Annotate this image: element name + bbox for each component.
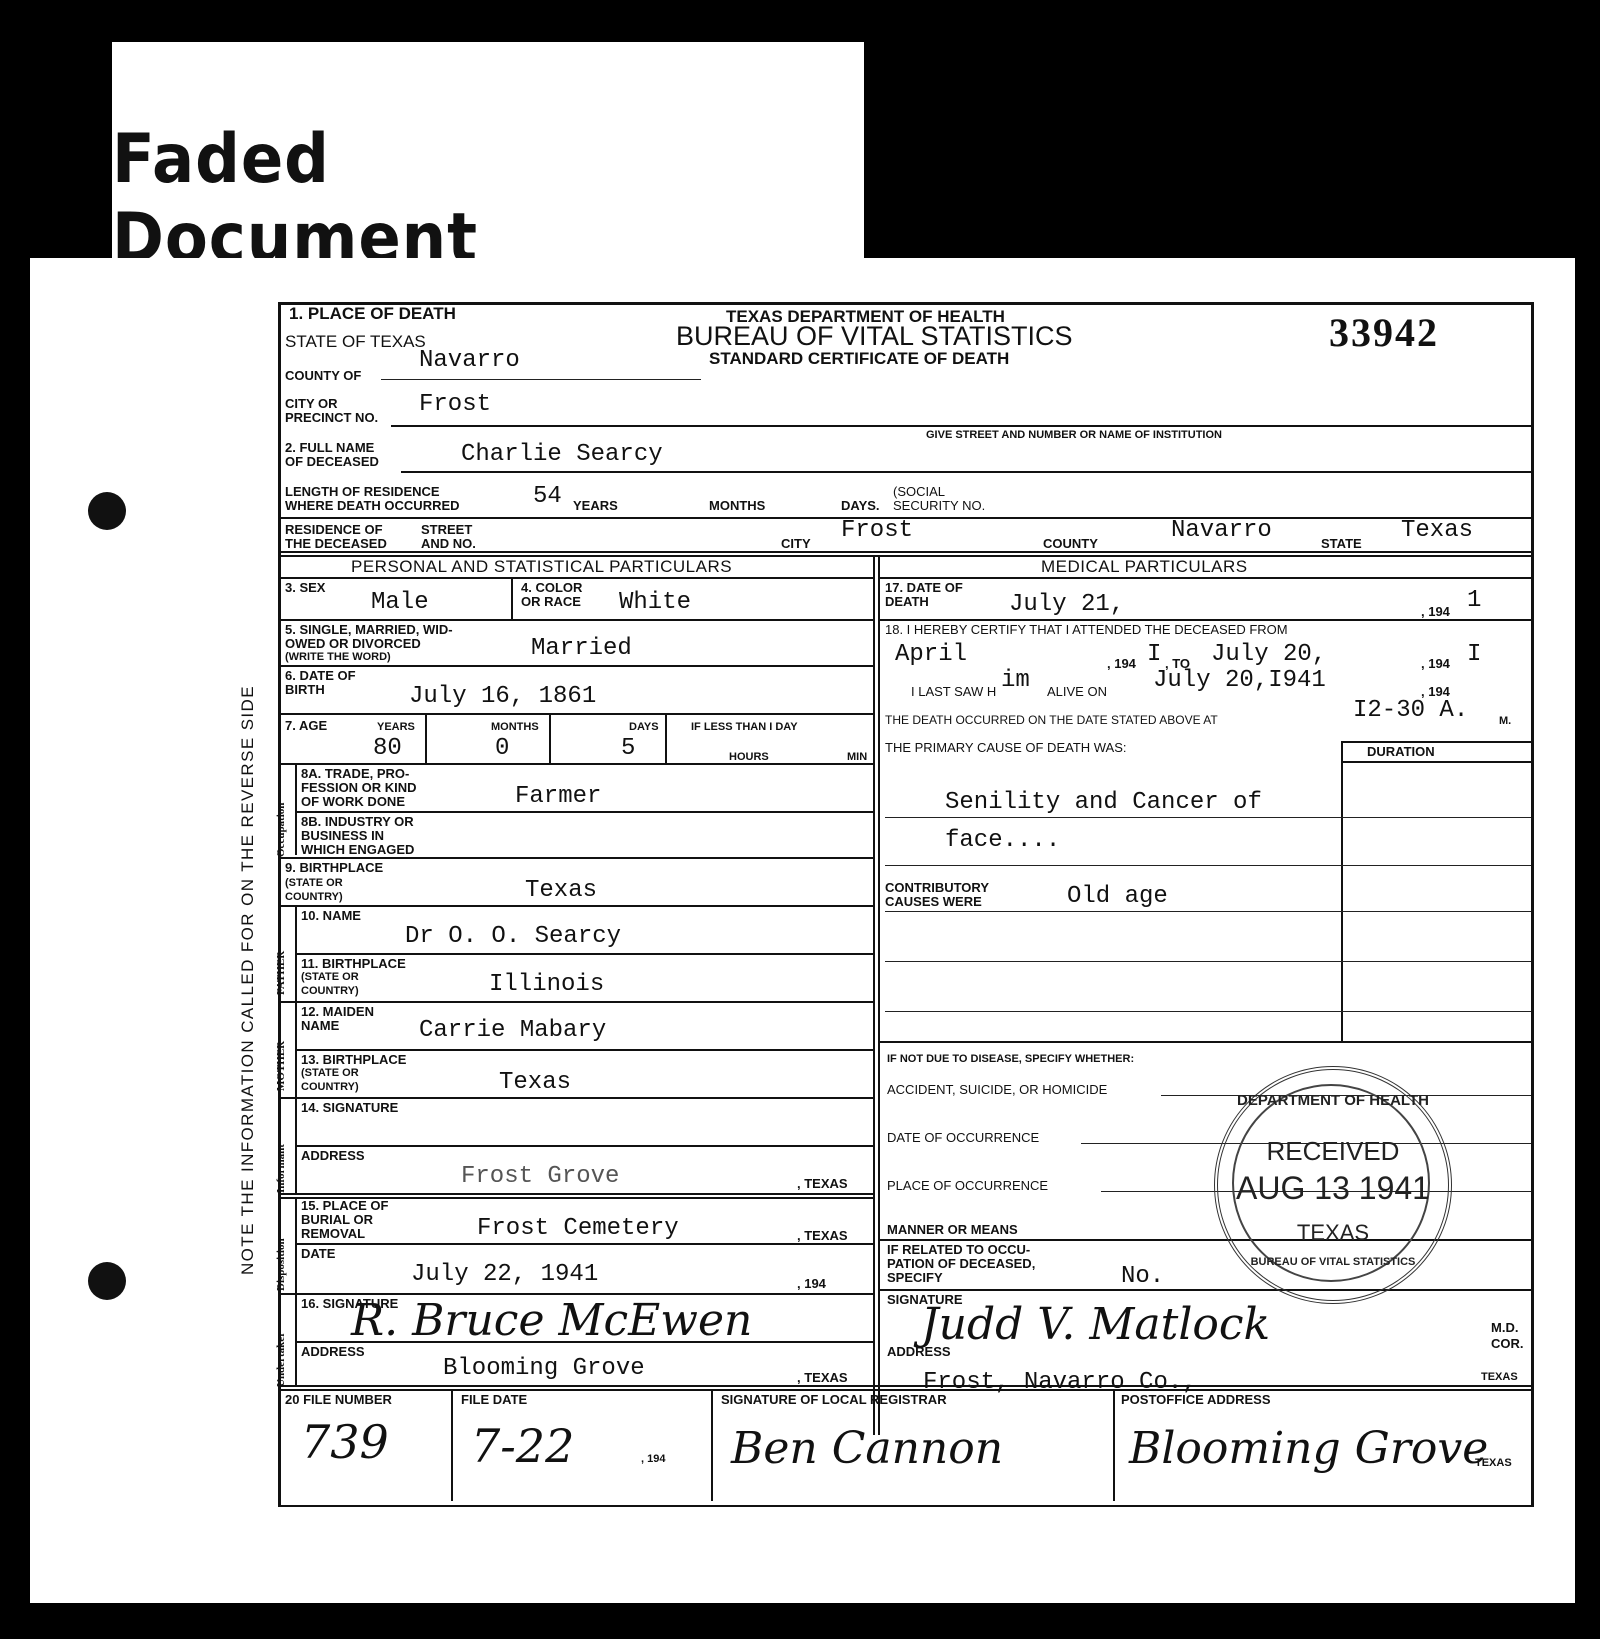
time-suffix: M.	[1499, 715, 1511, 727]
marital-label-3: (WRITE THE WORD)	[285, 651, 391, 663]
certificate-number: 33942	[1329, 309, 1439, 356]
file-number-label: 20 FILE NUMBER	[285, 1393, 392, 1407]
burial-label-2: BURIAL OR	[301, 1213, 373, 1227]
father-bp-label-1: 11. BIRTHPLACE	[301, 957, 406, 971]
stamp-top-arc: DEPARTMENT OF HEALTH	[1218, 1092, 1448, 1109]
to-year-prefix: , 194	[1421, 657, 1450, 671]
res-state-label: STATE	[1321, 537, 1362, 551]
file-date-label: FILE DATE	[461, 1393, 527, 1407]
race-label-1: 4. COLOR	[521, 581, 582, 595]
undertaker-address: Blooming Grove	[443, 1355, 645, 1382]
father-bp-label-3: COUNTRY)	[301, 985, 359, 997]
undertaker-address-label: ADDRESS	[301, 1345, 365, 1359]
certify-label: 18. I HEREBY CERTIFY THAT I ATTENDED THE…	[885, 623, 1288, 637]
dob-label-1: 6. DATE OF	[285, 669, 356, 683]
state-label: STATE OF TEXAS	[285, 333, 426, 351]
min-label: MIN	[847, 751, 867, 763]
dod-label-2: DEATH	[885, 595, 929, 609]
marital-value: Married	[531, 635, 632, 662]
received-stamp: DEPARTMENT OF HEALTH RECEIVED AUG 13 194…	[1214, 1066, 1452, 1304]
bureau-name: BUREAU OF VITAL STATISTICS	[676, 321, 1073, 352]
street-label-2: AND NO.	[421, 537, 476, 551]
res-county-value: Navarro	[1171, 517, 1272, 544]
res-state-value: Texas	[1401, 517, 1473, 544]
death-certificate-form: 1. PLACE OF DEATH STATE OF TEXAS TEXAS D…	[278, 302, 1534, 1507]
file-year-prefix: , 194	[641, 1453, 665, 1465]
file-date: 7-22	[471, 1419, 574, 1473]
personal-section-title: PERSONAL AND STATISTICAL PARTICULARS	[351, 557, 732, 577]
age-days-label: DAYS	[629, 721, 659, 733]
mother-maiden-name: Carrie Mabary	[419, 1017, 606, 1044]
from-year-prefix: , 194	[1107, 657, 1136, 671]
institution-hint: GIVE STREET AND NUMBER OR NAME OF INSTIT…	[926, 429, 1222, 441]
stamp-received: RECEIVED	[1218, 1136, 1448, 1167]
dob-value: July 16, 1861	[409, 683, 596, 710]
burial-label-3: REMOVAL	[301, 1227, 365, 1241]
residence-of-label-1: RESIDENCE OF	[285, 523, 383, 537]
years-label: YEARS	[573, 499, 618, 513]
registrar-signature: Ben Cannon	[731, 1423, 1003, 1474]
alive-on-label: ALIVE ON	[1047, 685, 1107, 699]
undertaker-side-label: Undertaker	[275, 1332, 287, 1387]
age-days: 5	[621, 735, 635, 762]
full-name-label-1: 2. FULL NAME	[285, 441, 374, 455]
not-disease-label: IF NOT DUE TO DISEASE, SPECIFY WHETHER:	[887, 1053, 1134, 1065]
age-years: 80	[373, 735, 402, 762]
faded-document-banner: Faded Document	[112, 120, 664, 278]
marital-label-1: 5. SINGLE, MARRIED, WID-	[285, 623, 453, 637]
full-name-label-2: OF DECEASED	[285, 455, 379, 469]
md-label: M.D.	[1491, 1321, 1518, 1335]
residence-of-label-2: THE DECEASED	[285, 537, 387, 551]
last-saw-pronoun: im	[1001, 667, 1030, 694]
residence-years: 54	[533, 483, 562, 510]
father-name-label: 10. NAME	[301, 909, 361, 923]
from-year-suffix: I	[1147, 641, 1161, 668]
manner-label: MANNER OR MEANS	[887, 1223, 1018, 1237]
birthplace-label-1: 9. BIRTHPLACE	[285, 861, 383, 875]
time-label: THE DEATH OCCURRED ON THE DATE STATED AB…	[885, 713, 1218, 727]
county-label: COUNTY OF	[285, 369, 361, 383]
birthplace-label-2: (STATE OR	[285, 877, 343, 889]
date-of-death: July 21,	[1009, 591, 1124, 618]
form-title: STANDARD CERTIFICATE OF DEATH	[709, 349, 1009, 369]
city-value: Frost	[419, 391, 491, 418]
hours-label: HOURS	[729, 751, 769, 763]
father-birthplace: Illinois	[489, 971, 604, 998]
mother-birthplace: Texas	[499, 1069, 571, 1096]
accident-label: ACCIDENT, SUICIDE, OR HOMICIDE	[887, 1083, 1107, 1097]
mother-bp-label-3: COUNTRY)	[301, 1081, 359, 1093]
stamp-state: TEXAS	[1218, 1220, 1448, 1246]
residence-length-label-1: LENGTH OF RESIDENCE	[285, 485, 440, 499]
birthplace-value: Texas	[525, 877, 597, 904]
place-of-death-label: 1. PLACE OF DEATH	[289, 305, 456, 323]
last-seen-alive: July 20,I941	[1153, 667, 1326, 694]
stamp-date: AUG 13 1941	[1218, 1170, 1448, 1207]
dob-label-2: BIRTH	[285, 683, 325, 697]
postoffice-address: Blooming Grove	[1129, 1423, 1488, 1474]
postoffice-texas: TEXAS	[1475, 1457, 1512, 1469]
race-value: White	[619, 589, 691, 616]
attended-to: July 20,	[1211, 641, 1326, 668]
registrar-label: SIGNATURE OF LOCAL REGISTRAR	[721, 1393, 947, 1407]
primary-cause-label: THE PRIMARY CAUSE OF DEATH WAS:	[885, 741, 1127, 755]
burial-date-label: DATE	[301, 1247, 335, 1261]
contrib-label-2: CAUSES WERE	[885, 895, 982, 909]
age-label: 7. AGE	[285, 719, 327, 733]
physician-texas: TEXAS	[1481, 1371, 1518, 1383]
industry-label-1: 8B. INDUSTRY OR	[301, 815, 414, 829]
time-of-death: I2-30 A.	[1353, 697, 1468, 724]
physician-address-label: ADDRESS	[887, 1345, 951, 1359]
date-occurrence-label: DATE OF OCCURRENCE	[887, 1131, 1039, 1145]
sex-label: 3. SEX	[285, 581, 325, 595]
city-label-2: PRECINCT NO.	[285, 411, 378, 425]
industry-label-2: BUSINESS IN	[301, 829, 384, 843]
primary-cause-line1: Senility and Cancer of	[945, 789, 1262, 816]
city-label-1: CITY OR	[285, 397, 338, 411]
punch-hole	[88, 1262, 126, 1300]
contrib-label-1: CONTRIBUTORY	[885, 881, 989, 895]
file-number: 739	[301, 1415, 389, 1469]
disposition-side-label: Disposition	[275, 1238, 287, 1291]
age-years-label: YEARS	[377, 721, 415, 733]
medical-section-title: MEDICAL PARTICULARS	[1041, 557, 1248, 577]
father-name: Dr O. O. Searcy	[405, 923, 621, 950]
mother-name-label-2: NAME	[301, 1019, 339, 1033]
res-city-label: CITY	[781, 537, 811, 551]
ssn-label-2: SECURITY NO.	[893, 499, 985, 513]
trade-label-3: OF WORK DONE	[301, 795, 405, 809]
res-city-value: Frost	[841, 517, 913, 544]
physician-signature: Judd V. Matlock	[921, 1299, 1270, 1350]
mother-bp-label-1: 13. BIRTHPLACE	[301, 1053, 406, 1067]
sex-value: Male	[371, 589, 429, 616]
mother-name-label-1: 12. MAIDEN	[301, 1005, 374, 1019]
undertaker-texas: , TEXAS	[797, 1371, 848, 1385]
stamp-bottom-arc: BUREAU OF VITAL STATISTICS	[1218, 1256, 1448, 1268]
marital-label-2: OWED OR DIVORCED	[285, 637, 421, 651]
dod-year-suffix: 1	[1467, 587, 1481, 614]
race-label-2: OR RACE	[521, 595, 581, 609]
last-saw-label: I LAST SAW H	[911, 685, 996, 699]
dod-label-1: 17. DATE OF	[885, 581, 963, 595]
deceased-full-name: Charlie Searcy	[461, 441, 663, 468]
punch-hole	[88, 492, 126, 530]
trade-label-1: 8A. TRADE, PRO-	[301, 767, 409, 781]
trade-label-2: FESSION OR KIND	[301, 781, 417, 795]
postoffice-label: POSTOFFICE ADDRESS	[1121, 1393, 1271, 1407]
industry-label-3: WHICH ENGAGED	[301, 843, 414, 857]
informant-texas: , TEXAS	[797, 1177, 848, 1191]
primary-cause-line2: face....	[945, 827, 1060, 854]
informant-address-label: ADDRESS	[301, 1149, 365, 1163]
duration-label: DURATION	[1367, 745, 1435, 759]
days-label: DAYS.	[841, 499, 880, 513]
trade-value: Farmer	[515, 783, 601, 810]
attended-from: April	[895, 641, 967, 668]
reverse-side-note: NOTE THE INFORMATION CALLED FOR ON THE R…	[238, 685, 258, 1275]
occ-related-label-2: PATION OF DECEASED,	[887, 1257, 1035, 1271]
father-side-label: FATHER	[275, 951, 287, 995]
to-year-suffix: I	[1467, 641, 1481, 668]
cor-label: COR.	[1491, 1337, 1524, 1351]
burial-year-prefix: , 194	[797, 1277, 826, 1291]
birthplace-label-3: COUNTRY)	[285, 891, 343, 903]
informant-side-label: Informant	[275, 1144, 287, 1193]
father-bp-label-2: (STATE OR	[301, 971, 359, 983]
ssn-label-1: (SOCIAL	[893, 485, 945, 499]
occupation-side-label: Occupation	[275, 803, 287, 857]
burial-date: July 22, 1941	[411, 1261, 598, 1288]
age-months: 0	[495, 735, 509, 762]
county-value: Navarro	[419, 347, 520, 374]
contributory-cause: Old age	[1067, 883, 1168, 910]
months-label: MONTHS	[709, 499, 765, 513]
burial-label-1: 15. PLACE OF	[301, 1199, 388, 1213]
occ-related-label-1: IF RELATED TO OCCU-	[887, 1243, 1030, 1257]
age-months-label: MONTHS	[491, 721, 539, 733]
occ-related-label-3: SPECIFY	[887, 1271, 943, 1285]
informant-signature-label: 14. SIGNATURE	[301, 1101, 398, 1115]
res-county-label: COUNTY	[1043, 537, 1098, 551]
mother-side-label: MOTHER	[275, 1041, 287, 1091]
burial-place: Frost Cemetery	[477, 1215, 679, 1242]
occupation-related: No.	[1121, 1263, 1164, 1290]
age-lt-day-label: IF LESS THAN I DAY	[691, 721, 798, 733]
place-occurrence-label: PLACE OF OCCURRENCE	[887, 1179, 1048, 1193]
undertaker-signature: R. Bruce McEwen	[351, 1295, 752, 1346]
informant-address: Frost Grove	[461, 1163, 619, 1190]
dod-year-prefix: , 194	[1421, 605, 1450, 619]
residence-length-label-2: WHERE DEATH OCCURRED	[285, 499, 460, 513]
burial-texas: , TEXAS	[797, 1229, 848, 1243]
mother-bp-label-2: (STATE OR	[301, 1067, 359, 1079]
street-label-1: STREET	[421, 523, 472, 537]
